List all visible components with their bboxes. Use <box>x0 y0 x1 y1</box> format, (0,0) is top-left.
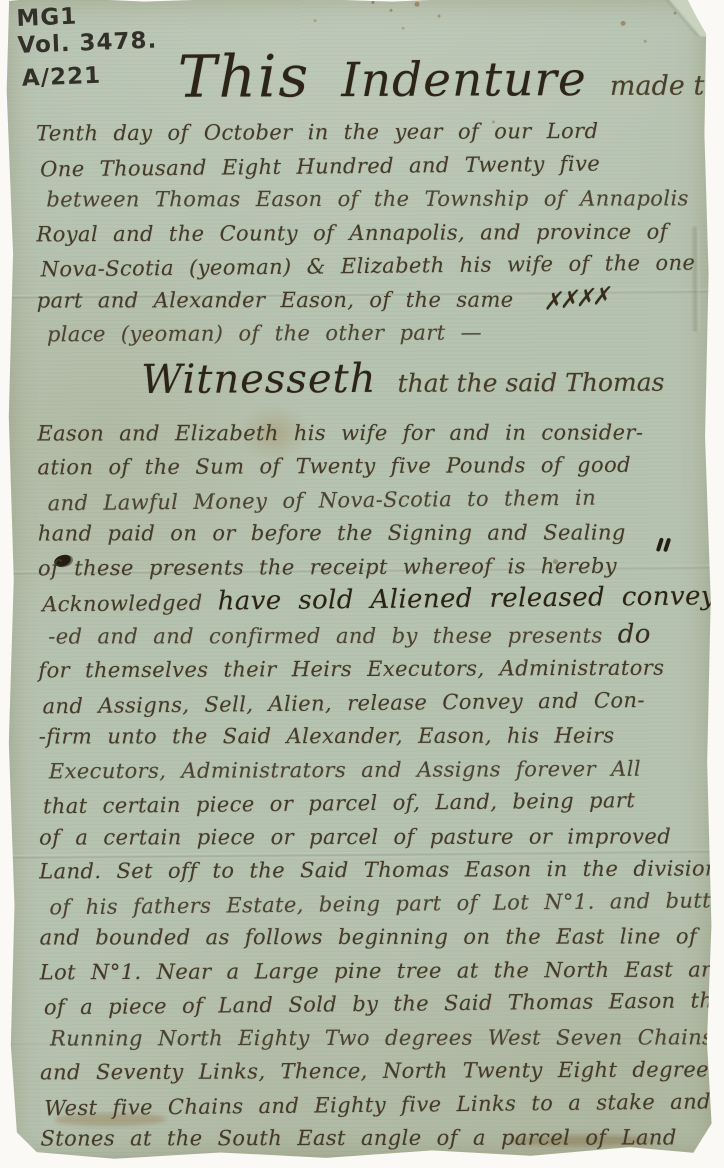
manuscript-line-text: Acknowledged <box>42 591 218 617</box>
emphasized-script: have sold Aliened released convey- <box>218 581 724 616</box>
heading-suffix: made the <box>610 70 724 102</box>
manuscript-line: of a certain piece or parcel of pasture … <box>39 820 699 855</box>
manuscript-line: Executors, Administrators and Assigns fo… <box>49 752 699 788</box>
manuscript-line: One Thousand Eight Hundred and Twenty fi… <box>40 146 696 186</box>
manuscript-text: This Indenture made the Tenth day of Oct… <box>35 3 700 1154</box>
manuscript-line-text: -ed and and confirmed and by these prese… <box>48 623 617 648</box>
manuscript-line: ation of the Sum of Twenty five Pounds o… <box>37 449 697 485</box>
manuscript-line: Eason and Elizabeth his wife for and in … <box>37 416 697 451</box>
manuscript-line-emphasis: Acknowledged have sold Aliened released … <box>42 581 698 622</box>
manuscript-line: hand paid on or before the Signing and S… <box>38 516 698 551</box>
heading-word-indenture: Indenture <box>341 52 587 108</box>
manuscript-line-emphasis: -ed and and confirmed and by these prese… <box>48 618 698 654</box>
crossed-out-scribble: ✗✗✗✗ <box>541 280 609 320</box>
witnesseth-suffix: that the said Thomas <box>397 367 664 397</box>
manuscript-line: and Lawful Money of Nova-Scotia to them … <box>48 480 698 520</box>
manuscript-line: for themselves their Heirs Executors, Ad… <box>38 652 698 688</box>
manuscript-line: and bounded as follows beginning on the … <box>40 920 700 955</box>
emphasized-script: do <box>618 619 651 649</box>
document-paper: MG1 Vol. 3478. A/221 This Indenture made… <box>3 0 714 1162</box>
manuscript-line: Tenth day of October in the year of our … <box>36 115 696 151</box>
manuscript-line: of these presents the receipt whereof is… <box>38 549 698 585</box>
manuscript-line: place (yeoman) of the other part — <box>47 316 697 352</box>
manuscript-line: and Seventy Links, Thence, North Twenty … <box>40 1054 700 1090</box>
manuscript-line: Running North Eighty Two degrees West Se… <box>50 1021 700 1056</box>
manuscript-line: between Thomas Eason of the Township of … <box>46 182 696 217</box>
manuscript-line: Royal and the County of Annapolis, and p… <box>36 215 696 251</box>
manuscript-line-text: part and Alexander Eason, of the same <box>37 287 514 312</box>
manuscript-line: Land. Set off to the Said Thomas Eason i… <box>39 853 699 889</box>
witnesseth-word: Witnesseth <box>141 355 376 402</box>
scan-background: MG1 Vol. 3478. A/221 This Indenture made… <box>0 0 724 1168</box>
heading-word-this: This <box>178 42 311 111</box>
indenture-heading: This Indenture made the <box>35 3 695 118</box>
manuscript-line: that certain piece or parcel of, Land, b… <box>43 784 699 824</box>
manuscript-line: Lot N°1. Near a Large pine tree at the N… <box>40 953 700 989</box>
manuscript-line: of a piece of Land Sold by the Said Thom… <box>44 985 700 1025</box>
manuscript-line: of his fathers Estate, being part of Lot… <box>49 884 699 924</box>
manuscript-line-with-scribble: part and Alexander Eason, of the same ✗✗… <box>37 283 697 318</box>
manuscript-line: -firm unto the Said Alexander, Eason, hi… <box>39 719 699 754</box>
witnesseth-heading: Witnesseth that the said Thomas <box>37 349 697 418</box>
manuscript-line: and Assigns, Sell, Alien, release Convey… <box>42 683 698 723</box>
manuscript-line: Stones at the South East angle of a parc… <box>40 1121 700 1156</box>
manuscript-line: West five Chains and Eighty five Links t… <box>44 1085 700 1125</box>
